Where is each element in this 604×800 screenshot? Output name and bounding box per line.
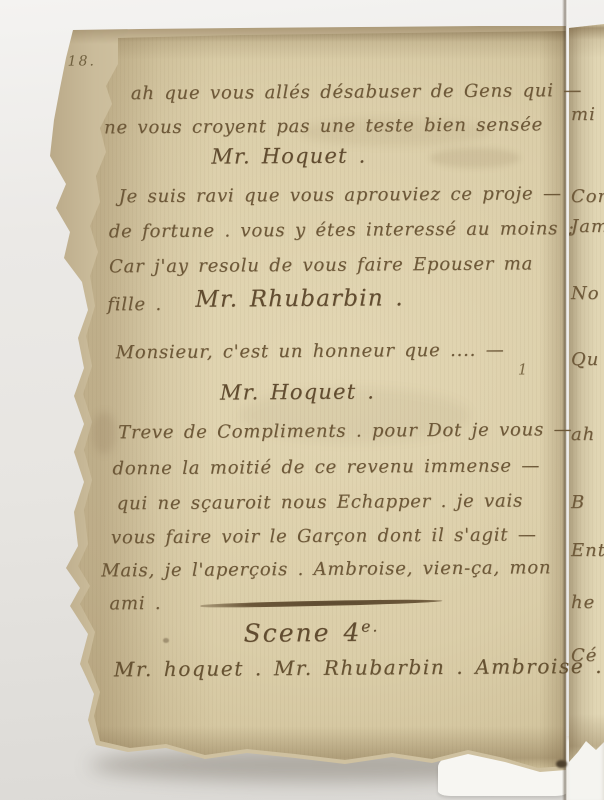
manuscript-line: Je suis ravi que vous aprouviez ce proje… — [119, 183, 562, 207]
adjacent-page-fragment: Cé — [571, 645, 597, 666]
adjacent-page-fragment: he — [571, 592, 595, 613]
adjacent-page-fragment: Cons — [571, 186, 604, 207]
manuscript-line: fille . — [107, 294, 162, 315]
adjacent-page-fragment: No — [571, 283, 600, 304]
manuscript-line: Monsieur, c'est un honneur que .... — — [116, 340, 505, 364]
manuscript-line: qui ne sçauroit nous Echapper . je vais — [117, 490, 524, 514]
manuscript-line: vous faire voir le Garçon dont il s'agit… — [111, 524, 537, 548]
manuscript-line: Mais, je l'aperçois . Ambroise, vien-ça,… — [101, 557, 551, 581]
manuscript-line: donne la moitié de ce revenu immense — — [112, 455, 540, 479]
manuscript-line: ami . — [109, 593, 161, 614]
manuscript-line: ne vous croyent pas une teste bien sensé… — [104, 114, 543, 138]
manuscript-text-layer: 18. ah que vous allés désabuser de Gens … — [0, 0, 604, 800]
adjacent-page-fragment: ah — [571, 424, 595, 445]
manuscript-scan: 18. ah que vous allés désabuser de Gens … — [0, 0, 604, 800]
adjacent-page-fragment: Jam — [571, 216, 604, 237]
cast-list-line: Mr. hoquet . Mr. Rhubarbin . Ambroise . — [114, 654, 604, 681]
adjacent-page-fragment: mi — [571, 104, 596, 125]
scene-heading: Scene 4e. — [244, 617, 380, 647]
adjacent-page-fragment: Qu — [571, 349, 599, 370]
adjacent-page-fragment: Ent — [571, 540, 604, 561]
speaker-heading-rhubarbin: Mr. Rhubarbin . — [195, 285, 404, 312]
scene-number-superscript: e. — [361, 617, 379, 635]
manuscript-line: Car j'ay resolu de vous faire Epouser ma — [109, 253, 533, 277]
speaker-heading-hoquet: Mr. Hoquet . — [211, 144, 366, 169]
adjacent-page-text: mi Cons Jam No Qu ah B Ent he Cé — [569, 0, 604, 800]
manuscript-line: de fortune . vous y étes interessé au mo… — [109, 218, 575, 242]
adjacent-page-fragment: B — [571, 492, 585, 513]
stray-mark: 1 — [518, 360, 528, 378]
manuscript-line: ah que vous allés désabuser de Gens qui … — [131, 80, 582, 104]
scene-heading-text: Scene 4 — [244, 618, 362, 648]
manuscript-line: Treve de Compliments . pour Dot je vous … — [118, 419, 572, 443]
folio-number: 18. — [68, 53, 96, 69]
speaker-heading-hoquet: Mr. Hoquet . — [220, 379, 375, 404]
separator-flourish — [200, 598, 442, 608]
